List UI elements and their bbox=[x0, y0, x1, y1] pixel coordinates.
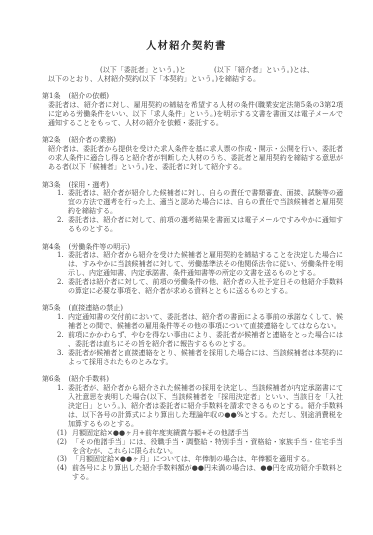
article-2: 第2条(紹介者の業務) 紹介者は、委託者から提供を受けた求人条件を基に求人票の作… bbox=[42, 136, 343, 172]
article-6-subitem-3: (3) 「月額固定給×●●ヶ月」については、年俸制の場合は、年俸額を適用する。 bbox=[57, 455, 343, 464]
document-title: 人材紹介契約書 bbox=[0, 41, 373, 53]
article-3-number: 第3条 bbox=[42, 181, 60, 189]
item-text: 委託者が、紹介者から紹介された候補者の採用を決定し、当該候補者が内定承諾書にて入… bbox=[68, 384, 343, 429]
article-2-number: 第2条 bbox=[42, 136, 60, 144]
item-number: 2. bbox=[57, 331, 68, 349]
item-text: 委託者が候補者と直接連絡をとり、候補者を採用した場合には、当該候補者は本契約によ… bbox=[68, 349, 343, 367]
article-3: 第3条(採用・選考) 1. 委託者は、紹介者が紹介した候補者に対し、自らの責任で… bbox=[42, 181, 343, 234]
article-6-title: (紹介手数料) bbox=[68, 375, 108, 383]
article-6-subitem-1: (1) 月額固定給×●●ヶ月+前年度実績賞与額+その他諸手当 bbox=[57, 429, 343, 438]
article-5-item-3: 3. 委託者が候補者と直接連絡をとり、候補者を採用した場合には、当該候補者は本契… bbox=[57, 349, 343, 367]
article-5-title: (直接連絡の禁止) bbox=[68, 304, 122, 312]
preamble-parties-line: (以下「委託者」という。)と(以下「紹介者」という。)とは、 bbox=[48, 66, 343, 75]
article-6-head: 第6条(紹介手数料) bbox=[42, 375, 343, 384]
subitem-text: 前各号により算出した紹介手数料額が●●円未満の場合は、●●円を成功紹介手数料とす… bbox=[72, 464, 343, 482]
article-2-head: 第2条(紹介者の業務) bbox=[42, 136, 343, 145]
subitem-text: 「その他諸手当」には、役職手当・調整給・特別手当・資格給・家族手当・住宅手当を含… bbox=[72, 438, 343, 456]
subitem-number: (1) bbox=[57, 429, 72, 438]
article-5-item-1: 1. 内定通知書の交付前において、委託者は、紹介者の書面による事前の承諾なくして… bbox=[57, 313, 343, 331]
preamble: (以下「委託者」という。)と(以下「紹介者」という。)とは、 以下のとおり、人材… bbox=[48, 66, 343, 84]
item-number: 1. bbox=[57, 189, 68, 216]
item-text: 委託者は、紹介者から紹介を受けた候補者と雇用契約を締結することを決定した場合には… bbox=[68, 251, 343, 278]
article-4-item-1: 1. 委託者は、紹介者から紹介を受けた候補者と雇用契約を締結することを決定した場… bbox=[57, 251, 343, 278]
subitem-text: 「月額固定給×●●ヶ月」については、年俸制の場合は、年俸額を適用する。 bbox=[72, 455, 343, 464]
article-4-title: (労働条件等の明示) bbox=[68, 243, 129, 251]
subitem-number: (2) bbox=[57, 438, 72, 456]
item-text: 内定通知書の交付前において、委託者は、紹介者の書面による事前の承諾なくして、候補… bbox=[68, 313, 343, 331]
article-4-number: 第4条 bbox=[42, 243, 60, 251]
party-b-clause: (以下「紹介者」という。)とは、 bbox=[214, 66, 314, 74]
item-text: 委託者は、紹介者が紹介した候補者に対し、自らの責任で書類審査、面接、試験等の適宜… bbox=[68, 189, 343, 216]
article-5-item-2: 2. 前項にかかわらず、やむを得ない事由により、委託者が候補者と連絡をとった場合… bbox=[57, 331, 343, 349]
subitem-number: (4) bbox=[57, 464, 72, 482]
article-4-item-2: 2. 委託者は紹介者に対して、前項の労働条件の他、紹介者の入社予定日その他紹介手… bbox=[57, 278, 343, 296]
article-3-title: (採用・選考) bbox=[68, 181, 108, 189]
article-6-number: 第6条 bbox=[42, 375, 60, 383]
article-1-body: 委託者は、紹介者に対し、雇用契約の締結を希望する人材の条件(職業安定法第5条の3… bbox=[48, 101, 343, 128]
article-2-title: (紹介者の業務) bbox=[68, 136, 115, 144]
preamble-closing-line: 以下のとおり、人材紹介契約(以下「本契約」という。)を締結する。 bbox=[48, 75, 343, 84]
article-6-subitem-4: (4) 前各号により算出した紹介手数料額が●●円未満の場合は、●●円を成功紹介手… bbox=[57, 464, 343, 482]
article-5-number: 第5条 bbox=[42, 304, 60, 312]
article-1-number: 第1条 bbox=[42, 92, 60, 100]
item-text: 委託者は、紹介者に対して、前項の選考結果を書面又は電子メールですみやかに通知する… bbox=[68, 216, 343, 234]
item-number: 2. bbox=[57, 278, 68, 296]
item-number: 1. bbox=[57, 384, 68, 429]
article-4: 第4条(労働条件等の明示) 1. 委託者は、紹介者から紹介を受けた候補者と雇用契… bbox=[42, 243, 343, 296]
article-6: 第6条(紹介手数料) 1. 委託者が、紹介者から紹介された候補者の採用を決定し、… bbox=[42, 375, 343, 482]
article-3-item-2: 2. 委託者は、紹介者に対して、前項の選考結果を書面又は電子メールですみやかに通… bbox=[57, 216, 343, 234]
article-5-head: 第5条(直接連絡の禁止) bbox=[42, 304, 343, 313]
article-6-item-1: 1. 委託者が、紹介者から紹介された候補者の採用を決定し、当該候補者が内定承諾書… bbox=[57, 384, 343, 429]
item-number: 3. bbox=[57, 349, 68, 367]
subitem-number: (3) bbox=[57, 455, 72, 464]
article-6-subitem-2: (2) 「その他諸手当」には、役職手当・調整給・特別手当・資格給・家族手当・住宅… bbox=[57, 438, 343, 456]
item-text: 委託者は紹介者に対して、前項の労働条件の他、紹介者の入社予定日その他紹介手数料の… bbox=[68, 278, 343, 296]
item-number: 2. bbox=[57, 216, 68, 234]
contract-document-page: 人材紹介契約書 (以下「委託者」という。)と(以下「紹介者」という。)とは、 以… bbox=[0, 0, 373, 535]
subitem-text: 月額固定給×●●ヶ月+前年度実績賞与額+その他諸手当 bbox=[72, 429, 343, 438]
article-1-head: 第1条(紹介の依頼) bbox=[42, 92, 343, 101]
item-text: 前項にかかわらず、やむを得ない事由により、委託者が候補者と連絡をとった場合には、… bbox=[68, 331, 343, 349]
party-a-clause: (以下「委託者」という。)と bbox=[100, 66, 186, 74]
article-3-item-1: 1. 委託者は、紹介者が紹介した候補者に対し、自らの責任で書類審査、面接、試験等… bbox=[57, 189, 343, 216]
article-2-body: 紹介者は、委託者から提供を受けた求人条件を基に求人票の作成・開示・公開を行い、委… bbox=[48, 145, 343, 172]
item-number: 1. bbox=[57, 313, 68, 331]
article-1: 第1条(紹介の依頼) 委託者は、紹介者に対し、雇用契約の締結を希望する人材の条件… bbox=[42, 92, 343, 128]
item-number: 1. bbox=[57, 251, 68, 278]
article-5: 第5条(直接連絡の禁止) 1. 内定通知書の交付前において、委託者は、紹介者の書… bbox=[42, 304, 343, 366]
article-1-title: (紹介の依頼) bbox=[68, 92, 108, 100]
